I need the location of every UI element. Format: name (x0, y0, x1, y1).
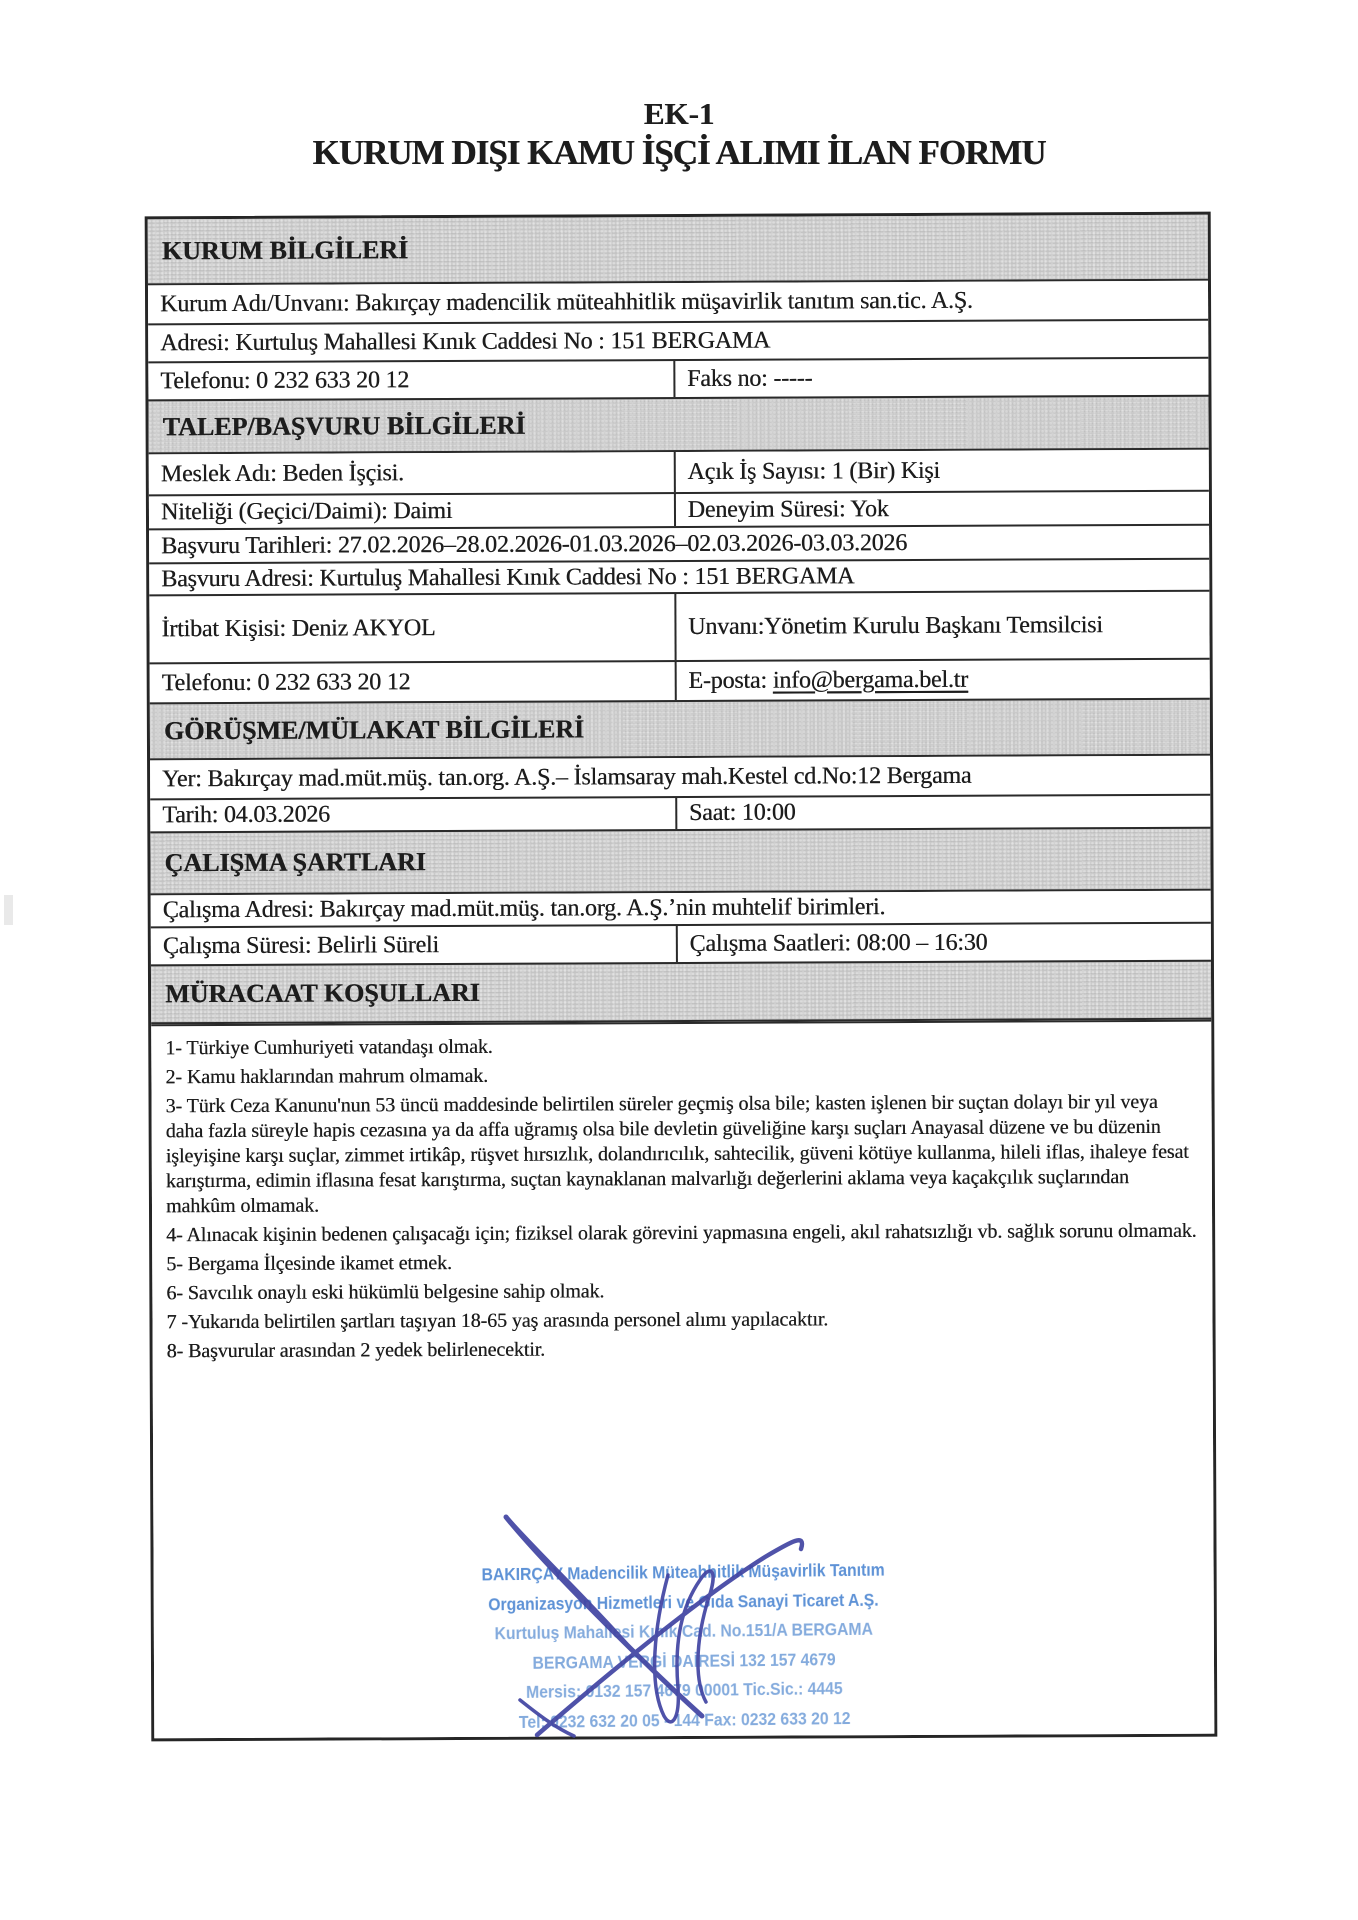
irtibat-text: İrtibat Kişisi: Deniz AKYOL (161, 615, 435, 643)
faks-cell: Faks no: ----- (673, 359, 1208, 397)
basvuru-adresi-text: Başvuru Adresi: Kurtuluş Mahallesi Kınık… (161, 563, 854, 593)
meslek-text: Meslek Adı: Beden İşçisi. (161, 460, 404, 488)
irtibat-cell: İrtibat Kişisi: Deniz AKYOL (149, 594, 674, 662)
meslek-cell: Meslek Adı: Beden İşçisi. (149, 452, 674, 494)
section-header-kurum-bilgileri: KURUM BİLGİLERİ (148, 215, 1208, 286)
row-telefon-faks: Telefonu: 0 232 633 20 12 Faks no: ----- (148, 357, 1208, 400)
telefon2-text: Telefonu: 0 232 633 20 12 (162, 669, 411, 697)
condition-item: 4- Alınacak kişinin bedenen çalışacağı i… (166, 1219, 1198, 1249)
telefon2-cell: Telefonu: 0 232 633 20 12 (150, 662, 675, 702)
telefon-cell: Telefonu: 0 232 633 20 12 (148, 361, 673, 399)
scanned-document-page: { "title": { "line1": "EK-1", "line2": "… (0, 0, 1358, 1920)
faks-text: Faks no: ----- (687, 365, 812, 393)
yer-text: Yer: Bakırçay mad.müt.müş. tan.org. A.Ş.… (162, 762, 971, 793)
row-telefon-eposta: Telefonu: 0 232 633 20 12 E-posta: info@… (150, 658, 1210, 703)
calisma-adresi-text: Çalışma Adresi: Bakırçay mad.müt.müş. ta… (163, 894, 886, 924)
condition-item: 2- Kamu haklarından mahrum olmamak. (165, 1061, 1197, 1091)
row-calisma-adresi: Çalışma Adresi: Bakırçay mad.müt.müş. ta… (151, 891, 1211, 927)
section-header-gorusme-mulakat: GÖRÜŞME/MÜLAKAT BİLGİLERİ (150, 698, 1210, 761)
nitelik-cell: Niteliği (Geçici/Daimi): Daimi (149, 494, 674, 528)
condition-item: 8- Başvurular arasından 2 yedek belirlen… (167, 1335, 1199, 1365)
stamp-line: Organizasyon Hizmetleri ve Gıda Sanayi T… (482, 1585, 885, 1619)
condition-item: 5- Bergama İlçesinde ikamet etmek. (166, 1248, 1198, 1278)
section-header-calisma-sartlari: ÇALIŞMA ŞARTLARI (150, 827, 1210, 896)
row-kurum-adi: Kurum Adı/Unvanı: Bakırçay madencilik mü… (148, 281, 1208, 324)
conditions-box: 1- Türkiye Cumhuriyeti vatandaşı olmak. … (151, 1020, 1214, 1739)
stamp-line: Mersis: 0132 157 4679 00001 Tic.Sic.: 44… (483, 1674, 886, 1708)
row-irtibat-unvan: İrtibat Kişisi: Deniz AKYOL Unvanı:Yönet… (149, 590, 1209, 663)
stamp-line: BAKIRÇAY Madencilik Müteahhitlik Müşavir… (481, 1556, 884, 1590)
row-basvuru-adresi: Başvuru Adresi: Kurtuluş Mahallesi Kınık… (149, 558, 1209, 595)
tarih-text: Tarih: 04.03.2026 (162, 802, 330, 830)
scan-edge-artifact (4, 895, 13, 925)
recruitment-form-table: KURUM BİLGİLERİ Kurum Adı/Unvanı: Bakırç… (145, 212, 1218, 1742)
saat-text: Saat: 10:00 (689, 799, 796, 826)
section-header-muracaat-kosullari: MÜRACAAT KOŞULLARI (151, 960, 1211, 1025)
row-nitelik-deneyim: Niteliği (Geçici/Daimi): Daimi Deneyim S… (149, 490, 1209, 529)
unvan-cell: Unvanı:Yönetim Kurulu Başkanı Temsilcisi (674, 592, 1210, 660)
company-stamp: BAKIRÇAY Madencilik Müteahhitlik Müşavir… (481, 1556, 886, 1738)
calisma-saatleri-cell: Çalışma Saatleri: 08:00 – 16:30 (675, 924, 1210, 962)
condition-item: 1- Türkiye Cumhuriyeti vatandaşı olmak. (165, 1032, 1197, 1062)
stamp-line: BERGAMA VERGİ DAİRESİ 132 157 4679 (482, 1644, 885, 1678)
unvan-text: Unvanı:Yönetim Kurulu Başkanı Temsilcisi (688, 610, 1103, 642)
stamp-line: Tel: 0232 632 20 05 - 144 Fax: 0232 633 … (483, 1703, 886, 1737)
calisma-suresi-text: Çalışma Süresi: Belirli Süreli (163, 932, 439, 960)
condition-item: 6- Savcılık onaylı eski hükümlü belgesin… (166, 1277, 1198, 1307)
kurum-adi-text: Kurum Adı/Unvanı: Bakırçay madencilik mü… (160, 287, 973, 318)
saat-cell: Saat: 10:00 (675, 796, 1210, 829)
document-header: EK-1 KURUM DIŞI KAMU İŞÇİ ALIMI İLAN FOR… (0, 96, 1358, 174)
basvuru-tarihleri-text: Başvuru Tarihleri: 27.02.2026–28.02.2026… (161, 530, 907, 560)
adres-text: Adresi: Kurtuluş Mahallesi Kınık Caddesi… (160, 327, 770, 357)
calisma-suresi-cell: Çalışma Süresi: Belirli Süreli (151, 926, 676, 964)
deneyim-cell: Deneyim Süresi: Yok (674, 492, 1209, 526)
eposta-label: E-posta: (688, 667, 767, 694)
section-header-talep-basvuru: TALEP/BAŞVURU BİLGİLERİ (148, 395, 1208, 455)
row-meslek-acikis: Meslek Adı: Beden İşçisi. Açık İş Sayısı… (149, 450, 1209, 495)
acik-is-cell: Açık İş Sayısı: 1 (Bir) Kişi (673, 450, 1208, 492)
tarih-cell: Tarih: 04.03.2026 (150, 798, 675, 831)
condition-item: 7 -Yukarıda belirtilen şartları taşıyan … (166, 1306, 1198, 1336)
row-tarih-saat: Tarih: 04.03.2026 Saat: 10:00 (150, 794, 1210, 832)
acik-is-text: Açık İş Sayısı: 1 (Bir) Kişi (687, 457, 940, 485)
row-calisma-suresi-saatleri: Çalışma Süresi: Belirli Süreli Çalışma S… (151, 922, 1211, 965)
deneyim-text: Deneyim Süresi: Yok (688, 496, 889, 524)
row-yer: Yer: Bakırçay mad.müt.müş. tan.org. A.Ş.… (150, 756, 1210, 799)
stamp-line: Kurtuluş Mahallesi Kınık Cad. No.151/A B… (482, 1615, 885, 1649)
row-adres: Adresi: Kurtuluş Mahallesi Kınık Caddesi… (148, 319, 1208, 362)
calisma-saatleri-text: Çalışma Saatleri: 08:00 – 16:30 (689, 929, 987, 957)
row-basvuru-tarihleri: Başvuru Tarihleri: 27.02.2026–28.02.2026… (149, 524, 1209, 563)
page-title: KURUM DIŞI KAMU İŞÇİ ALIMI İLAN FORMU (0, 132, 1358, 174)
email-link[interactable]: info@bergama.bel.tr (773, 666, 968, 694)
nitelik-text: Niteliği (Geçici/Daimi): Daimi (161, 497, 452, 525)
eposta-cell: E-posta: info@bergama.bel.tr (674, 660, 1209, 700)
annex-number-title: EK-1 (0, 96, 1358, 132)
telefon-text: Telefonu: 0 232 633 20 12 (160, 367, 409, 395)
condition-item: 3- Türk Ceza Kanunu'nun 53 üncü maddesin… (166, 1090, 1199, 1220)
